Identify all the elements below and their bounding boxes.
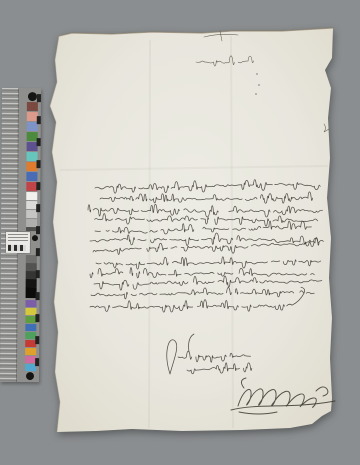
ink-speck <box>258 84 260 86</box>
ink-speck <box>255 93 257 95</box>
vertical-crease <box>149 40 150 428</box>
ink-speck <box>256 73 258 75</box>
manuscript-photo-canvas <box>0 0 360 465</box>
archival-photo <box>0 0 360 465</box>
